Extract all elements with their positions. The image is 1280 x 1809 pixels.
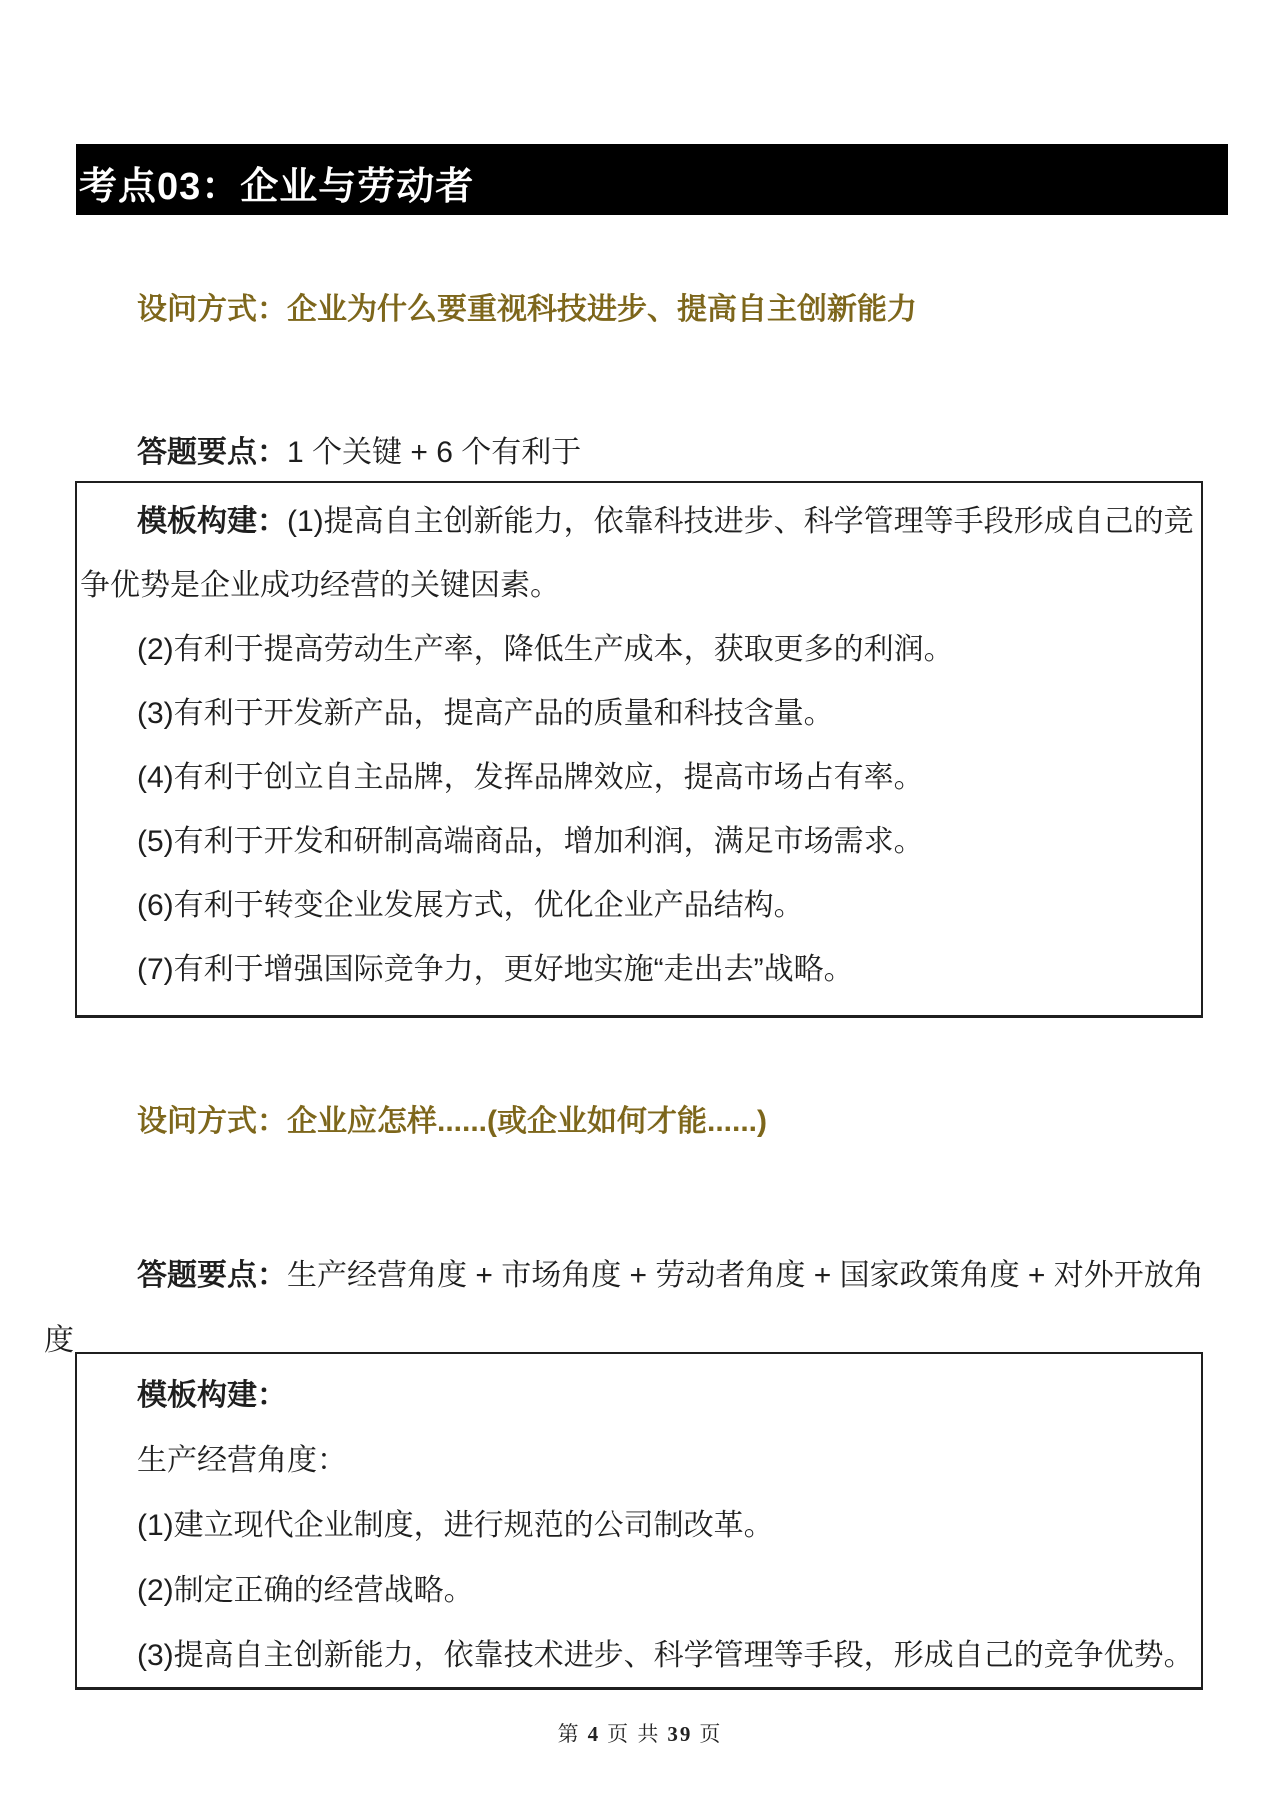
template-box-1-line-1: 模板构建：(1)提高自主创新能力，依靠科技进步、科学管理等手段形成自己的竞 [77, 490, 1201, 554]
template-line-text: (3)提高自主创新能力，依靠技术进步、科学管理等手段，形成自己的竞争优势。 [137, 1639, 1194, 1672]
answer-keypoints-2-label: 答题要点： [137, 1259, 287, 1292]
answer-keypoints-1: 答题要点：1 个关键 + 6 个有利于 [44, 435, 1234, 471]
template-box-1-line-5: (4)有利于创立自主品牌，发挥品牌效应，提高市场占有率。 [77, 746, 1201, 810]
template-box-2-line-1: 模板构建： [77, 1363, 1201, 1428]
template-box-1-line-4: (3)有利于开发新产品，提高产品的质量和科技含量。 [77, 682, 1201, 746]
page-footer: 第4页 共39页 [0, 1721, 1280, 1747]
template-box-2-line-5: (3)提高自主创新能力，依靠技术进步、科学管理等手段，形成自己的竞争优势。 [77, 1623, 1201, 1688]
template-box-1: 模板构建：(1)提高自主创新能力，依靠科技进步、科学管理等手段形成自己的竞 争优… [75, 481, 1203, 1018]
template-box-1-line-2: 争优势是企业成功经营的关键因素。 [77, 554, 1201, 618]
template-line-text: (6)有利于转变企业发展方式，优化企业产品结构。 [137, 889, 804, 922]
template-line-text: 生产经营角度： [137, 1444, 347, 1477]
template-box-1-line-3: (2)有利于提高劳动生产率，降低生产成本，获取更多的利润。 [77, 618, 1201, 682]
answer-keypoints-1-label: 答题要点： [137, 436, 287, 469]
answer-keypoints-2-line-1: 答题要点：生产经营角度 + 市场角度 + 劳动者角度 + 国家政策角度 + 对外… [44, 1243, 1234, 1308]
template-line-text: (1)提高自主创新能力，依靠科技进步、科学管理等手段形成自己的竞 [287, 505, 1194, 538]
question-type-heading-2: 设问方式：企业应怎样......(或企业如何才能......) [44, 1104, 1244, 1140]
template-box-1-line-6: (5)有利于开发和研制高端商品，增加利润，满足市场需求。 [77, 810, 1201, 874]
footer-page-number: 4 [588, 1722, 601, 1746]
question-type-heading-2-text: 设问方式：企业应怎样......(或企业如何才能......) [137, 1105, 767, 1138]
answer-keypoints-1-text: 1 个关键 + 6 个有利于 [287, 436, 581, 469]
footer-prefix: 第 [558, 1722, 581, 1746]
template-line-text: (5)有利于开发和研制高端商品，增加利润，满足市场需求。 [137, 825, 924, 858]
footer-total-pages: 39 [667, 1722, 692, 1746]
answer-keypoints-2-text-cont: 度 [44, 1324, 74, 1357]
template-box-1-line-8: (7)有利于增强国际竞争力，更好地实施“走出去”战略。 [77, 938, 1201, 1002]
template-box-2-line-2: 生产经营角度： [77, 1428, 1201, 1493]
template-box-2-line-3: (1)建立现代企业制度，进行规范的公司制改革。 [77, 1493, 1201, 1558]
template-line-text: (7)有利于增强国际竞争力，更好地实施“走出去”战略。 [137, 953, 854, 986]
template-line-text: (3)有利于开发新产品，提高产品的质量和科技含量。 [137, 697, 834, 730]
topic-header-bar: 考点03：企业与劳动者 [76, 144, 1228, 215]
footer-middle: 页 共 [607, 1722, 660, 1746]
template-label: 模板构建： [137, 505, 287, 538]
answer-keypoints-1-line: 答题要点：1 个关键 + 6 个有利于 [44, 435, 1234, 471]
answer-keypoints-2-text: 生产经营角度 + 市场角度 + 劳动者角度 + 国家政策角度 + 对外开放角 [287, 1259, 1204, 1292]
topic-title: 考点03：企业与劳动者 [76, 168, 474, 215]
template-box-2: 模板构建： 生产经营角度： (1)建立现代企业制度，进行规范的公司制改革。 (2… [75, 1352, 1203, 1690]
template-line-text: (2)有利于提高劳动生产率，降低生产成本，获取更多的利润。 [137, 633, 954, 666]
question-type-heading-1-text: 设问方式：企业为什么要重视科技进步、提高自主创新能力 [137, 293, 917, 326]
document-page: 考点03：企业与劳动者 设问方式：企业为什么要重视科技进步、提高自主创新能力 答… [0, 0, 1280, 1809]
footer-suffix: 页 [699, 1722, 722, 1746]
template-line-text: 争优势是企业成功经营的关键因素。 [80, 569, 560, 602]
template-line-text: (4)有利于创立自主品牌，发挥品牌效应，提高市场占有率。 [137, 761, 924, 794]
template-box-2-line-4: (2)制定正确的经营战略。 [77, 1558, 1201, 1623]
template-line-text: (2)制定正确的经营战略。 [137, 1574, 474, 1607]
question-type-heading-1: 设问方式：企业为什么要重视科技进步、提高自主创新能力 [44, 292, 1244, 328]
template-line-text: (1)建立现代企业制度，进行规范的公司制改革。 [137, 1509, 774, 1542]
template-label: 模板构建： [137, 1379, 287, 1412]
template-box-1-line-7: (6)有利于转变企业发展方式，优化企业产品结构。 [77, 874, 1201, 938]
